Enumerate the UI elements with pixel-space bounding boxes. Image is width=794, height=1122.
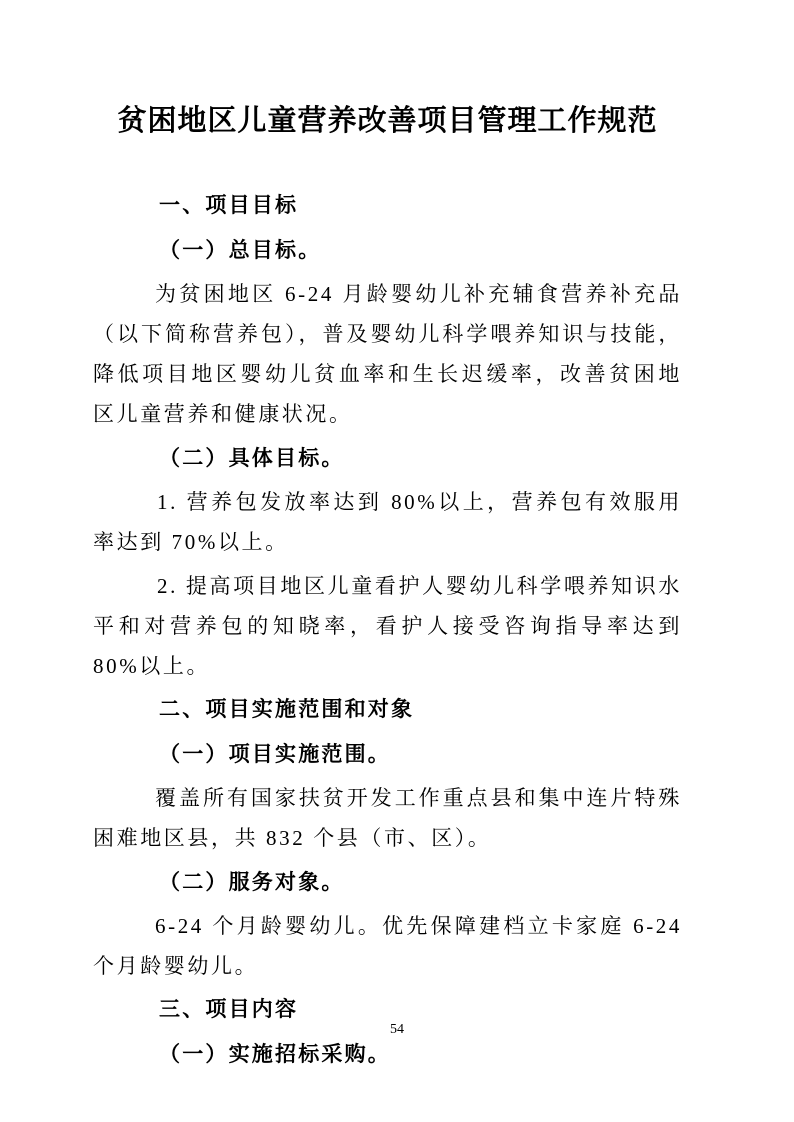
body-paragraph-service-targets: 6-24 个月龄婴幼儿。优先保障建档立卡家庭 6-24 个月龄婴幼儿。 (93, 906, 682, 986)
document-page: 贫困地区儿童营养改善项目管理工作规范 一、项目目标 （一）总目标。 为贫困地区 … (0, 0, 794, 1122)
heading-level1-scope-and-targets: 二、项目实施范围和对象 (93, 690, 682, 730)
numbered-paragraph-2: 2. 提高项目地区儿童看护人婴幼儿科学喂养知识水平和对营养包的知晓率，看护人接受… (93, 566, 682, 686)
heading-level2-service-targets: （二）服务对象。 (93, 862, 682, 902)
body-paragraph-overall-goal: 为贫困地区 6-24 月龄婴幼儿补充辅食营养补充品（以下简称营养包），普及婴幼儿… (93, 274, 682, 434)
heading-level2-specific-goals: （二）具体目标。 (93, 438, 682, 478)
numbered-paragraph-1: 1. 营养包发放率达到 80%以上，营养包有效服用率达到 70%以上。 (93, 482, 682, 562)
document-title: 贫困地区儿童营养改善项目管理工作规范 (93, 99, 682, 143)
heading-level2-overall-goal: （一）总目标。 (93, 230, 682, 270)
page-number: 54 (0, 1020, 794, 1040)
body-paragraph-implementation-scope: 覆盖所有国家扶贫开发工作重点县和集中连片特殊困难地区县，共 832 个县（市、区… (93, 778, 682, 858)
heading-level2-implementation-scope: （一）项目实施范围。 (93, 734, 682, 774)
heading-level2-bidding-procurement: （一）实施招标采购。 (93, 1034, 682, 1074)
heading-level1-project-goals: 一、项目目标 (93, 186, 682, 226)
